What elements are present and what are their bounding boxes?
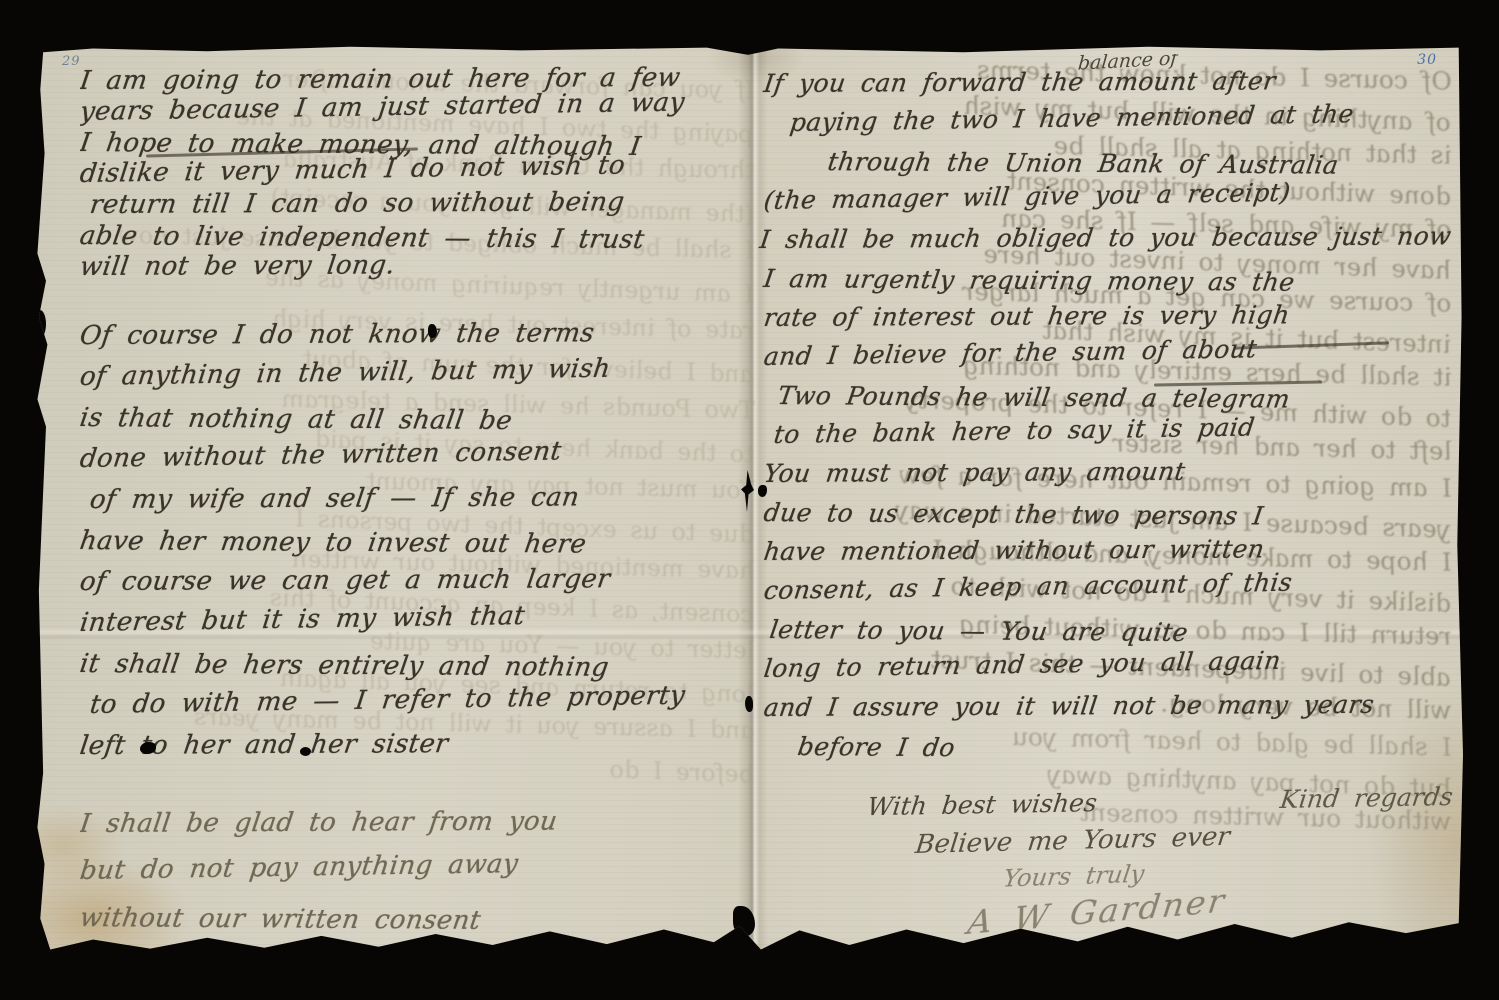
paragraph: I shall be glad to hear from youbut do n… xyxy=(80,801,756,942)
paper-hole xyxy=(34,310,46,338)
handwritten-line: without our written consent xyxy=(80,895,756,942)
letter-scan: 29 30 If you can forward the amount afte… xyxy=(0,0,1499,1000)
page-left: If you can forward the amount afterpayin… xyxy=(80,62,756,942)
handwritten-line: will not be very long. xyxy=(80,248,756,283)
letter-body: If you can forward the amount afterpayin… xyxy=(764,64,1453,766)
closing-line: With best wishes Kind regards xyxy=(761,782,1453,823)
page-right: Of course I do not know the termsof anyt… xyxy=(748,54,1453,942)
handwritten-line: but do not pay anything away xyxy=(80,837,756,895)
paper-hole xyxy=(300,747,311,756)
paragraph: I am going to remain out here for a fewy… xyxy=(80,66,756,283)
paper-hole xyxy=(428,324,437,338)
handwritten-line: and I assure you it will not be many yea… xyxy=(761,684,1453,727)
letter-closing: With best wishes Kind regards Believe me… xyxy=(764,788,1453,930)
handwritten-line: of my wife and self — If she can xyxy=(87,477,756,521)
paper-hole xyxy=(745,696,753,712)
letter-paper: 29 30 If you can forward the amount afte… xyxy=(36,44,1463,955)
closing-regards: Kind regards xyxy=(1278,782,1453,814)
handwritten-line: before I do xyxy=(795,727,1453,771)
page-number-left: 29 xyxy=(62,54,81,69)
handwritten-line: return till I can do so without being xyxy=(88,187,756,221)
paragraph: Of course I do not know the termsof anyt… xyxy=(80,316,756,767)
handwritten-line: You must not pay any amount xyxy=(761,450,1453,493)
closing-wishes: With best wishes xyxy=(866,788,1099,821)
handwritten-line: I shall be much obliged to you because j… xyxy=(757,216,1453,259)
handwritten-line: left to her and her sister xyxy=(80,722,756,767)
